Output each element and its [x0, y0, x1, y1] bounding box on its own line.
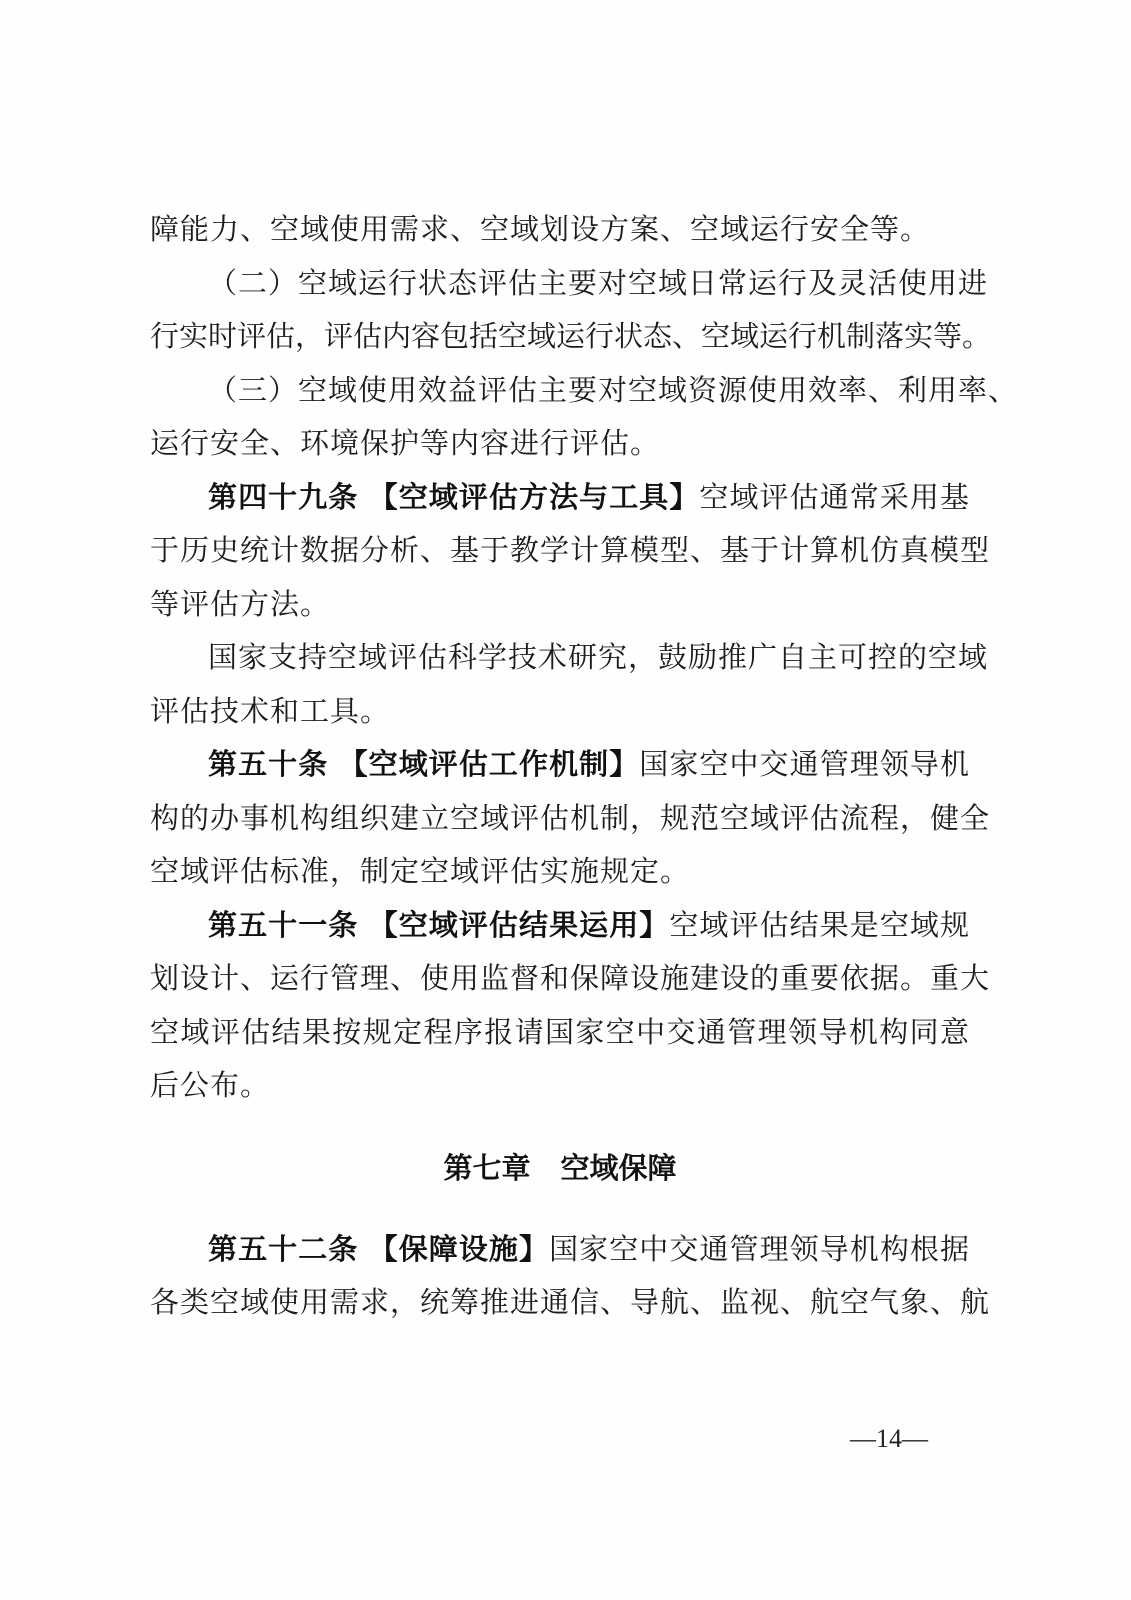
- article-text: 国家空中交通管理领导机: [639, 747, 970, 781]
- text-line: 构的办事机构组织建立空域评估机制，规范空域评估流程，健全: [150, 792, 970, 846]
- text-line: 障能力、空域使用需求、空域划设方案、空域运行安全等。: [150, 203, 970, 257]
- text-line: （二）空域运行状态评估主要对空域日常运行及灵活使用进: [150, 257, 970, 311]
- text-line: 国家支持空域评估科学技术研究，鼓励推广自主可控的空域: [150, 631, 970, 685]
- text-line: 后公布。: [150, 1059, 970, 1113]
- article-title: 【保障设施】: [369, 1232, 549, 1266]
- text-line: 运行安全、环境保护等内容进行评估。: [150, 417, 970, 471]
- text-line: 各类空域使用需求，统筹推进通信、导航、监视、航空气象、航: [150, 1276, 970, 1330]
- article-number: 第五十二条: [208, 1232, 358, 1266]
- article-number: 第五十一条: [208, 908, 358, 942]
- text-line: 于历史统计数据分析、基于教学计算模型、基于计算机仿真模型: [150, 524, 970, 578]
- article-51-heading-line: 第五十一条 【空域评估结果运用】空域评估结果是空域规: [150, 899, 970, 953]
- article-50-heading-line: 第五十条 【空域评估工作机制】国家空中交通管理领导机: [150, 738, 970, 792]
- text-line: 等评估方法。: [150, 578, 970, 632]
- text-line: 评估技术和工具。: [150, 685, 970, 739]
- article-title: 【空域评估结果运用】: [369, 908, 670, 942]
- chapter-number: 第七章: [443, 1151, 530, 1185]
- article-49-heading-line: 第四十九条 【空域评估方法与工具】空域评估通常采用基: [150, 471, 970, 525]
- chapter-heading: 第七章空域保障: [150, 1113, 970, 1223]
- article-text: 空域评估通常采用基: [699, 480, 970, 514]
- document-body: 障能力、空域使用需求、空域划设方案、空域运行安全等。 （二）空域运行状态评估主要…: [150, 203, 970, 1330]
- text-line: 划设计、运行管理、使用监督和保障设施建设的重要依据。重大: [150, 952, 970, 1006]
- article-title: 【空域评估方法与工具】: [369, 480, 700, 514]
- document-page: 障能力、空域使用需求、空域划设方案、空域运行安全等。 （二）空域运行状态评估主要…: [0, 0, 1131, 1600]
- text-line: 行实时评估，评估内容包括空域运行状态、空域运行机制落实等。: [150, 310, 970, 364]
- text-line: 空域评估结果按规定程序报请国家空中交通管理领导机构同意: [150, 1006, 970, 1060]
- text-line: 空域评估标准，制定空域评估实施规定。: [150, 845, 970, 899]
- chapter-title: 空域保障: [561, 1151, 677, 1185]
- text-line: （三）空域使用效益评估主要对空域资源使用效率、利用率、: [150, 364, 970, 418]
- page-number: —14—: [850, 1424, 928, 1454]
- article-number: 第四十九条: [208, 480, 358, 514]
- article-52-heading-line: 第五十二条 【保障设施】国家空中交通管理领导机构根据: [150, 1223, 970, 1277]
- article-text: 国家空中交通管理领导机构根据: [549, 1232, 970, 1266]
- article-number: 第五十条: [208, 747, 328, 781]
- article-text: 空域评估结果是空域规: [669, 908, 970, 942]
- article-title: 【空域评估工作机制】: [339, 747, 640, 781]
